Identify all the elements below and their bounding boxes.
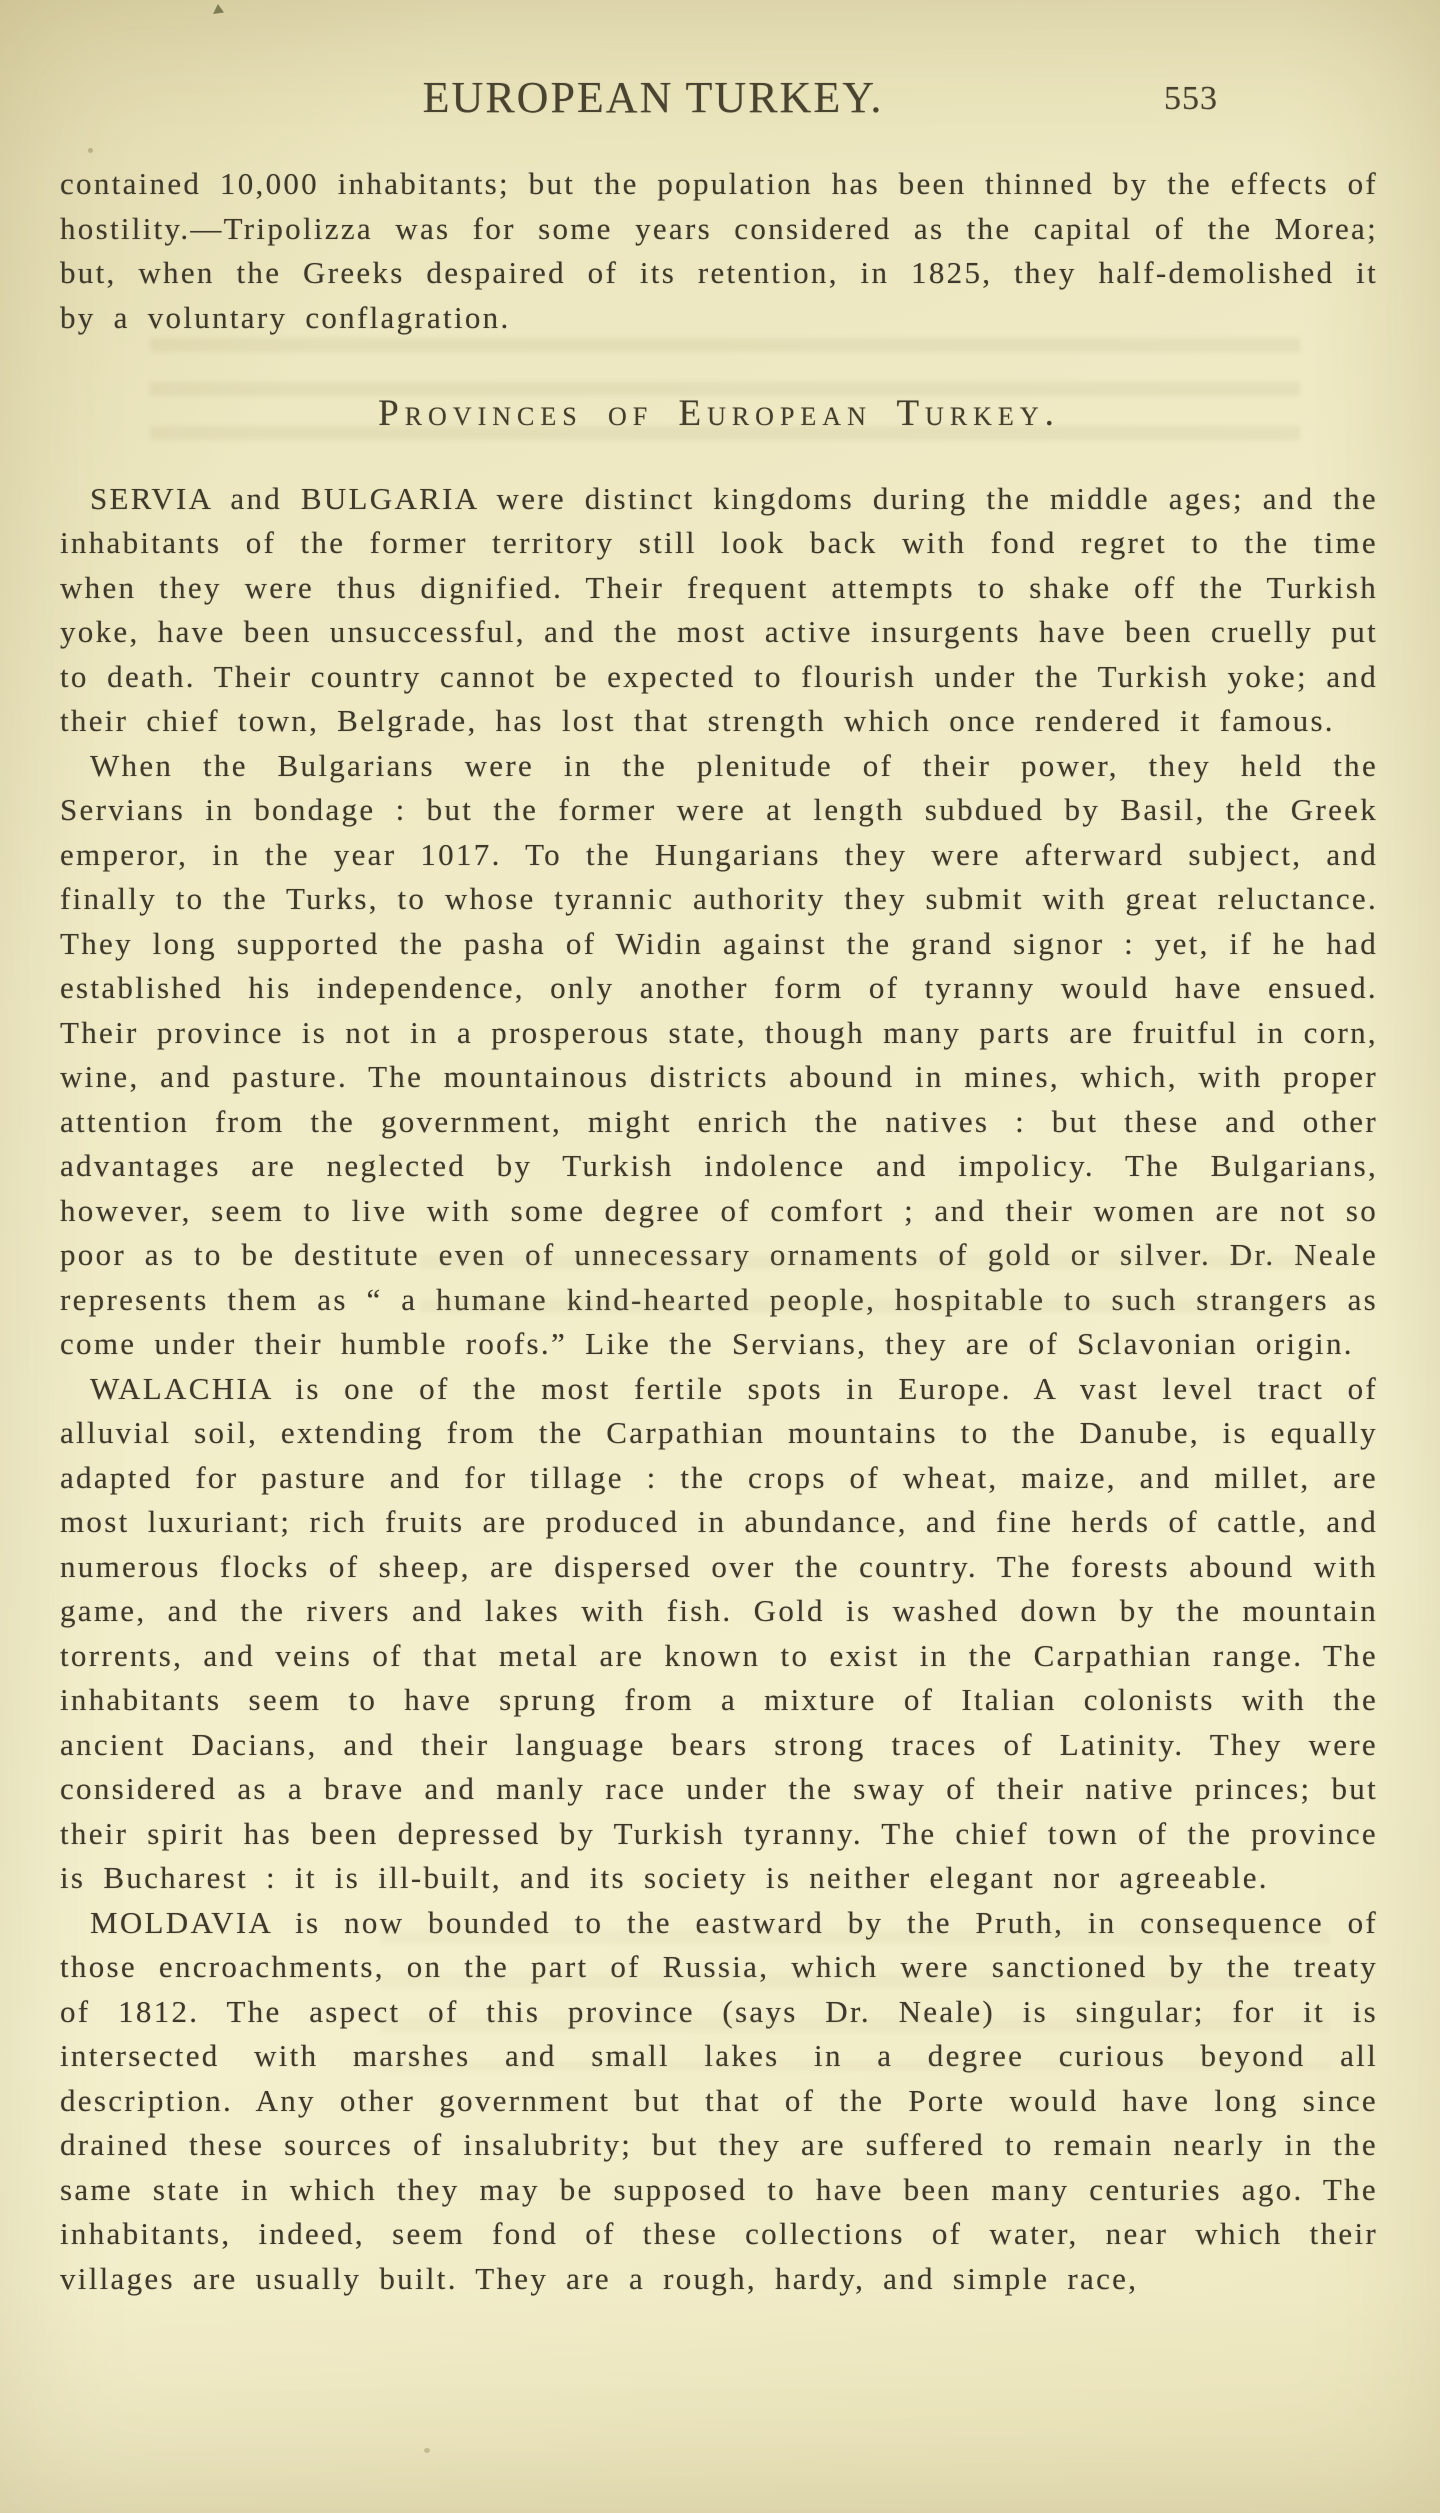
page-number: 553 xyxy=(1164,80,1218,118)
scan-speck-artifact xyxy=(213,4,224,14)
paragraph-tripolizza-continuation: contained 10,000 inhabitants; but the po… xyxy=(60,162,1378,340)
paragraph-servia-bulgaria: SERVIA and BULGARIA were distinct kingdo… xyxy=(60,477,1378,744)
book-page: EUROPEAN TURKEY. 553 contained 10,000 in… xyxy=(0,0,1440,2513)
paragraph-bulgarians-history: When the Bulgarians were in the plenitud… xyxy=(60,744,1378,1367)
paragraph-moldavia: MOLDAVIA is now bounded to the eastward … xyxy=(60,1901,1378,2302)
running-head-title: EUROPEAN TURKEY. xyxy=(423,72,884,123)
section-heading-provinces: Provinces of European Turkey. xyxy=(60,392,1378,437)
scan-speck-artifact xyxy=(88,148,93,153)
scan-speck-artifact xyxy=(424,2448,430,2453)
paragraph-walachia: WALACHIA is one of the most fertile spot… xyxy=(60,1367,1378,1901)
page-text-block: contained 10,000 inhabitants; but the po… xyxy=(60,162,1378,2301)
page-header: EUROPEAN TURKEY. 553 xyxy=(60,72,1378,130)
